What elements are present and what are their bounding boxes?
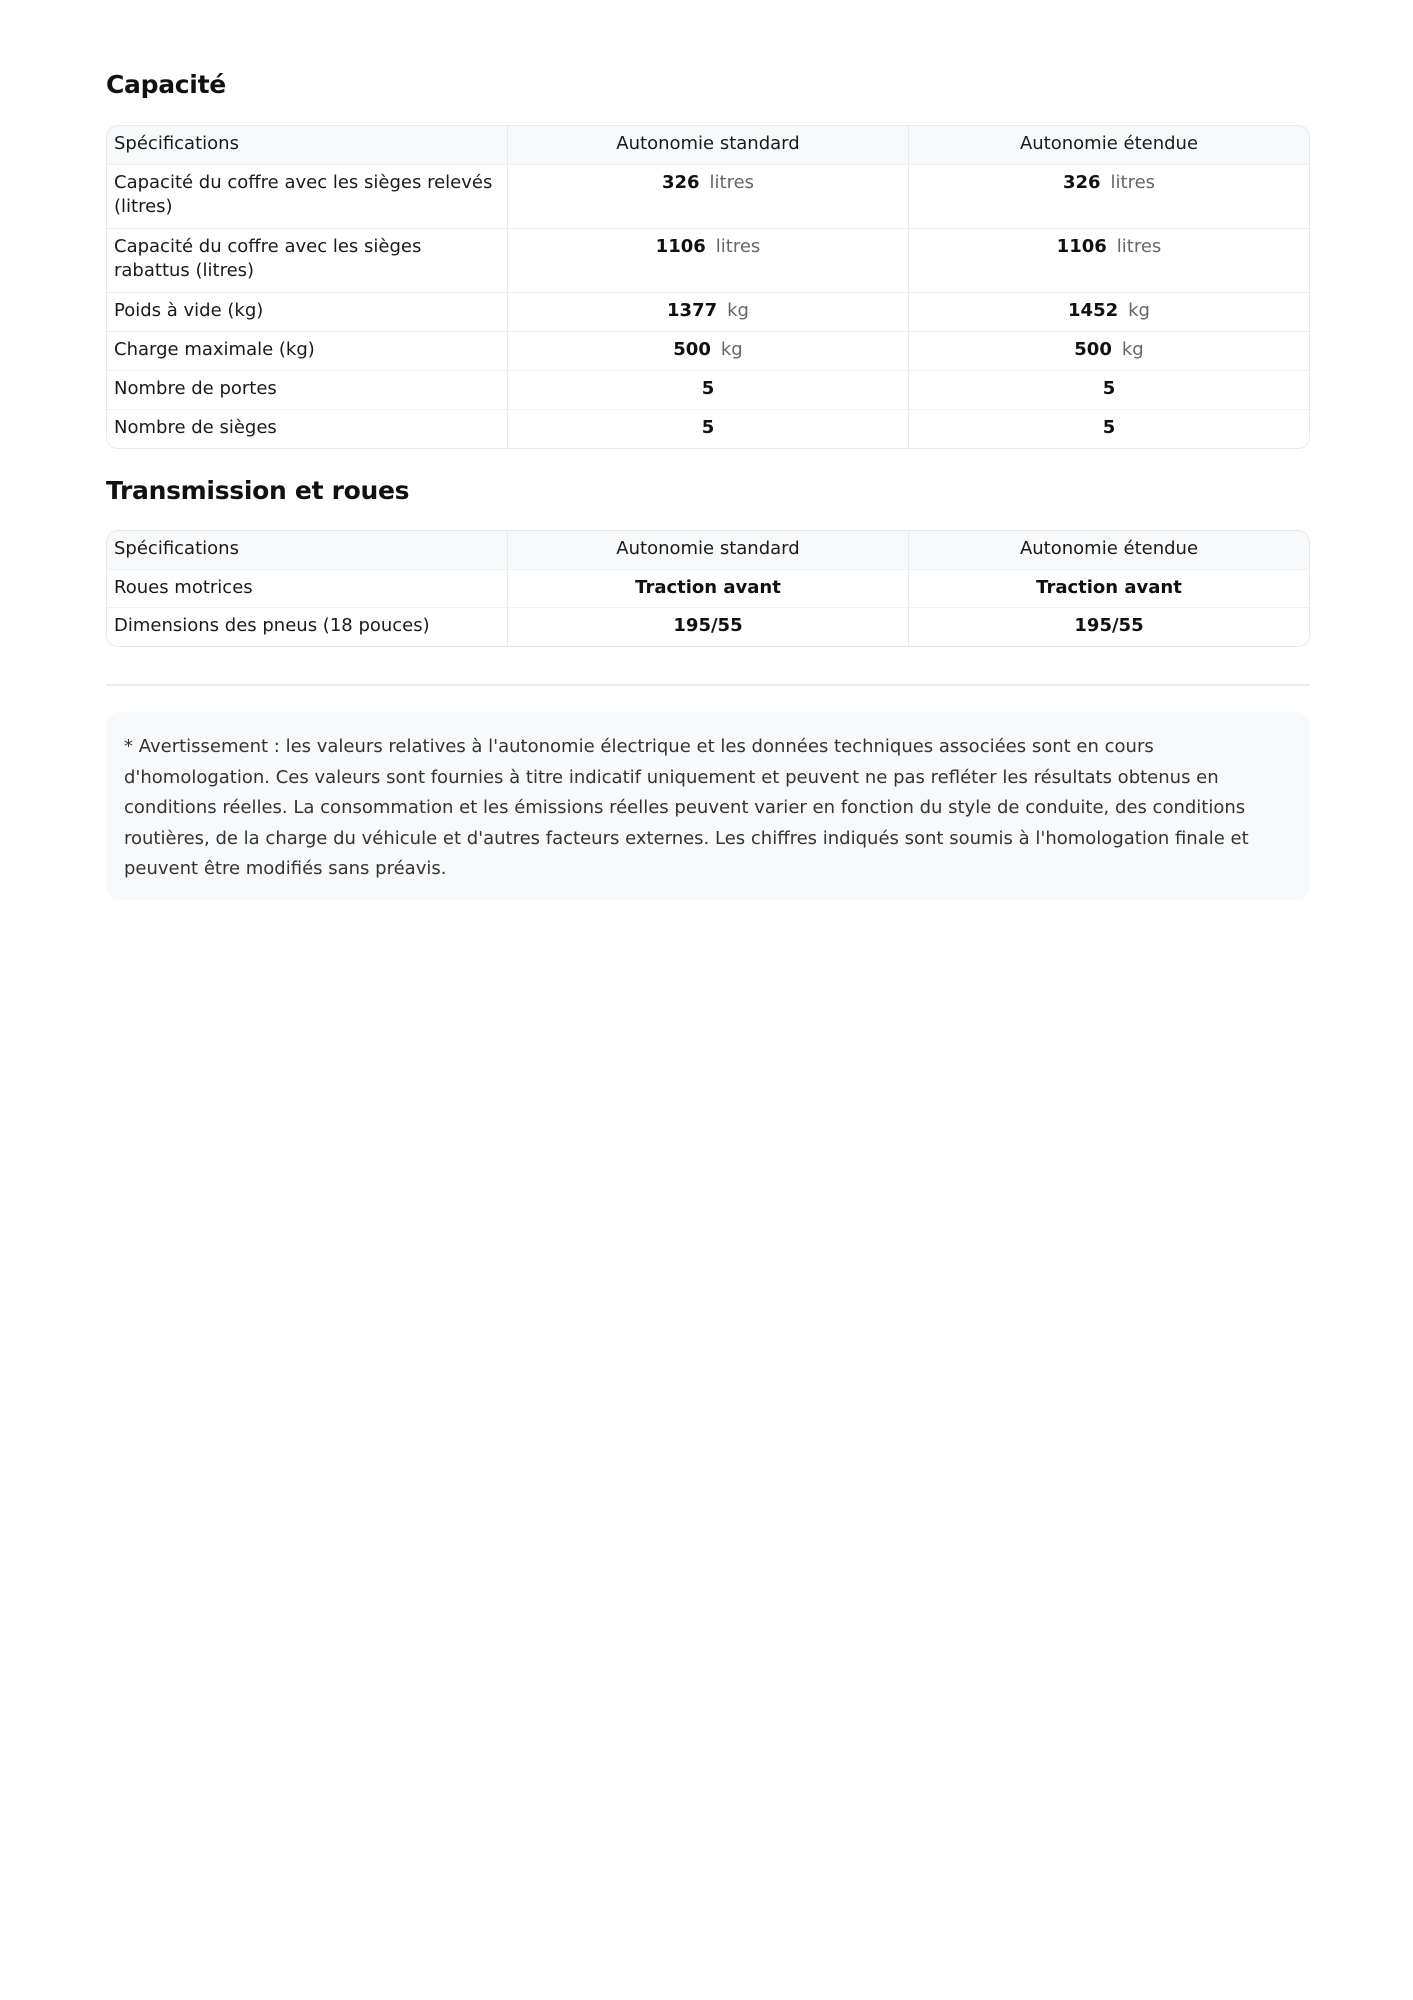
disclaimer-text: * Avertissement : les valeurs relatives …	[124, 732, 1292, 885]
value: 1377	[667, 300, 717, 321]
row-label: Roues motrices	[107, 570, 508, 607]
value: Traction avant	[1036, 577, 1182, 598]
extended-value-cell: 5	[909, 410, 1309, 448]
standard-value-cell: 1106litres	[508, 229, 909, 292]
value: 500	[1074, 339, 1112, 360]
standard-value-cell: Traction avant	[508, 570, 909, 607]
standard-value-cell: 326litres	[508, 165, 909, 228]
column-header-standard: Autonomie standard	[508, 531, 909, 569]
table-header-row: Spécifications Autonomie standard Autono…	[107, 126, 1309, 164]
extended-value-cell: Traction avant	[909, 570, 1309, 607]
transmission-spec-table: Spécifications Autonomie standard Autono…	[106, 530, 1310, 647]
unit: kg	[727, 300, 749, 321]
standard-value-cell: 1377kg	[508, 293, 909, 331]
row-label: Charge maximale (kg)	[107, 332, 508, 370]
section-title-transmission: Transmission et roues	[106, 476, 409, 505]
unit: kg	[1122, 339, 1144, 360]
table-row: Charge maximale (kg) 500kg 500kg	[107, 331, 1309, 370]
row-label: Nombre de portes	[107, 371, 508, 409]
unit: kg	[721, 339, 743, 360]
standard-value-cell: 500kg	[508, 332, 909, 370]
column-header-standard: Autonomie standard	[508, 126, 909, 164]
table-header-row: Spécifications Autonomie standard Autono…	[107, 531, 1309, 569]
value: 326	[662, 172, 700, 193]
row-label: Capacité du coffre avec les sièges relev…	[107, 165, 508, 228]
table-row: Capacité du coffre avec les sièges rabat…	[107, 228, 1309, 292]
unit: litres	[1111, 172, 1156, 193]
table-row: Capacité du coffre avec les sièges relev…	[107, 164, 1309, 228]
extended-value-cell: 5	[909, 371, 1309, 409]
standard-value-cell: 195/55	[508, 608, 909, 646]
row-label: Poids à vide (kg)	[107, 293, 508, 331]
extended-value-cell: 1452kg	[909, 293, 1309, 331]
value: 195/55	[1074, 615, 1143, 636]
row-label: Dimensions des pneus (18 pouces)	[107, 608, 508, 646]
unit: kg	[1128, 300, 1150, 321]
table-row: Nombre de sièges 5 5	[107, 409, 1309, 448]
value: Traction avant	[635, 577, 781, 598]
value: 195/55	[673, 615, 742, 636]
value: 1452	[1068, 300, 1118, 321]
value: 500	[673, 339, 711, 360]
table-row: Poids à vide (kg) 1377kg 1452kg	[107, 292, 1309, 331]
column-header-extended: Autonomie étendue	[909, 126, 1309, 164]
disclaimer-box: * Avertissement : les valeurs relatives …	[106, 712, 1310, 900]
unit: litres	[710, 172, 755, 193]
table-row: Roues motrices Traction avant Traction a…	[107, 569, 1309, 607]
section-divider	[106, 684, 1310, 686]
capacity-spec-table: Spécifications Autonomie standard Autono…	[106, 125, 1310, 449]
value: 1106	[1057, 236, 1107, 257]
standard-value-cell: 5	[508, 410, 909, 448]
row-label: Capacité du coffre avec les sièges rabat…	[107, 229, 508, 292]
column-header-specifications: Spécifications	[107, 531, 508, 569]
column-header-specifications: Spécifications	[107, 126, 508, 164]
table-row: Dimensions des pneus (18 pouces) 195/55 …	[107, 607, 1309, 646]
unit: litres	[1117, 236, 1162, 257]
row-label: Nombre de sièges	[107, 410, 508, 448]
value: 5	[1103, 417, 1116, 438]
value: 1106	[656, 236, 706, 257]
standard-value-cell: 5	[508, 371, 909, 409]
value: 326	[1063, 172, 1101, 193]
unit: litres	[716, 236, 761, 257]
value: 5	[702, 417, 715, 438]
extended-value-cell: 500kg	[909, 332, 1309, 370]
value: 5	[702, 378, 715, 399]
value: 5	[1103, 378, 1116, 399]
section-title-capacite: Capacité	[106, 70, 226, 99]
extended-value-cell: 1106litres	[909, 229, 1309, 292]
extended-value-cell: 326litres	[909, 165, 1309, 228]
table-row: Nombre de portes 5 5	[107, 370, 1309, 409]
column-header-extended: Autonomie étendue	[909, 531, 1309, 569]
extended-value-cell: 195/55	[909, 608, 1309, 646]
